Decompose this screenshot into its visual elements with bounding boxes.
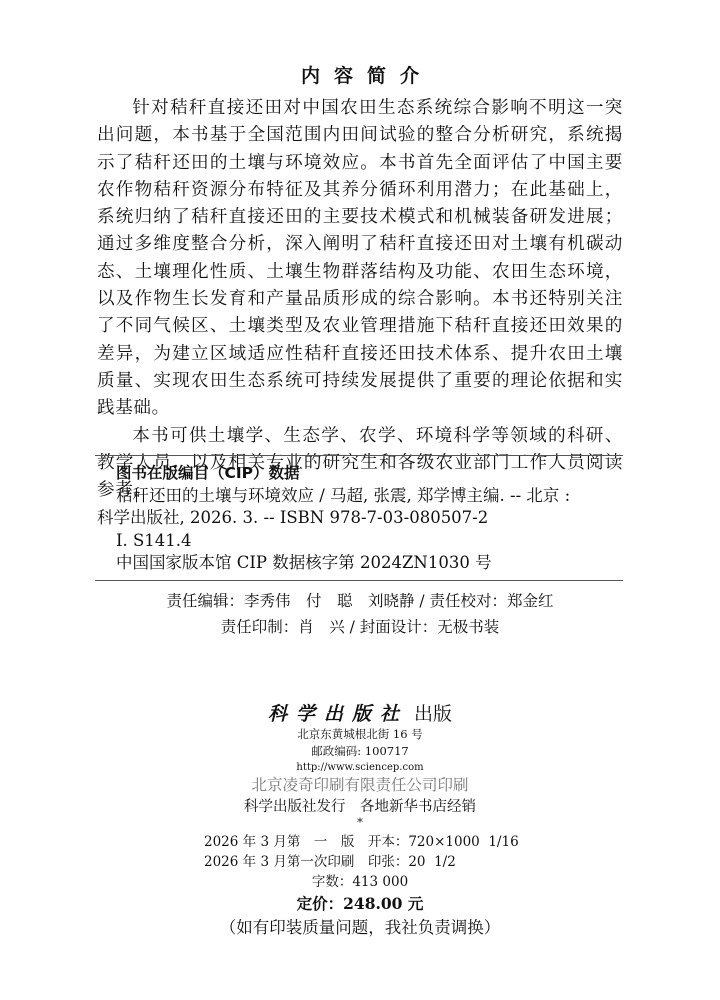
separator-asterisk: *	[0, 813, 720, 831]
word-count: 字数：413 000	[0, 872, 720, 892]
publisher-postcode: 邮政编码: 100717	[0, 742, 720, 760]
cip-record-number: 中国国家版本馆 CIP 数据核字第 2024ZN1030 号	[97, 552, 623, 575]
cip-top-divider	[95, 455, 623, 456]
credits-production: 责任印制：肖 兴 / 封面设计：无极书装	[0, 614, 720, 640]
cip-title-line: 秸秆还田的土壤与环境效应 / 马超, 张震, 郑学博主编. -- 北京 :	[97, 485, 623, 508]
printing-line: 2026 年 3 月第一次印刷 印张：20 1/2	[204, 852, 456, 872]
cip-isbn-line: 科学出版社, 2026. 3. -- ISBN 978-7-03-080507-…	[97, 507, 623, 530]
intro-body: 针对秸秆直接还田对中国农田生态系统综合影响不明这一突出问题，本书基于全国范围内田…	[97, 95, 623, 504]
publisher-line: 科学出版社 出版	[0, 701, 720, 727]
cip-heading: 图书在版编目（CIP）数据	[97, 462, 623, 485]
cip-bottom-divider	[95, 580, 623, 581]
page-title: 内容简介	[0, 62, 720, 90]
publisher-address: 北京东黄城根北街 16 号	[0, 725, 720, 743]
publisher-logo: 科学出版社	[268, 703, 408, 725]
quality-note: （如有印装质量问题，我社负责调换）	[0, 916, 720, 940]
intro-paragraph-1: 针对秸秆直接还田对中国农田生态系统综合影响不明这一突出问题，本书基于全国范围内田…	[97, 95, 623, 423]
publisher-suffix: 出版	[414, 703, 452, 725]
cip-classification: Ⅰ. S141.4	[97, 530, 623, 553]
printer-line: 北京凌奇印刷有限责任公司印刷	[0, 774, 720, 796]
cip-block: 图书在版编目（CIP）数据 秸秆还田的土壤与环境效应 / 马超, 张震, 郑学博…	[97, 462, 623, 575]
credits-editor: 责任编辑：李秀伟 付 聪 刘晓静 / 责任校对：郑金红	[0, 588, 720, 614]
edition-line: 2026 年 3 月第 一 版 开本：720×1000 1/16	[204, 832, 519, 852]
price: 定价：248.00 元	[0, 892, 720, 916]
